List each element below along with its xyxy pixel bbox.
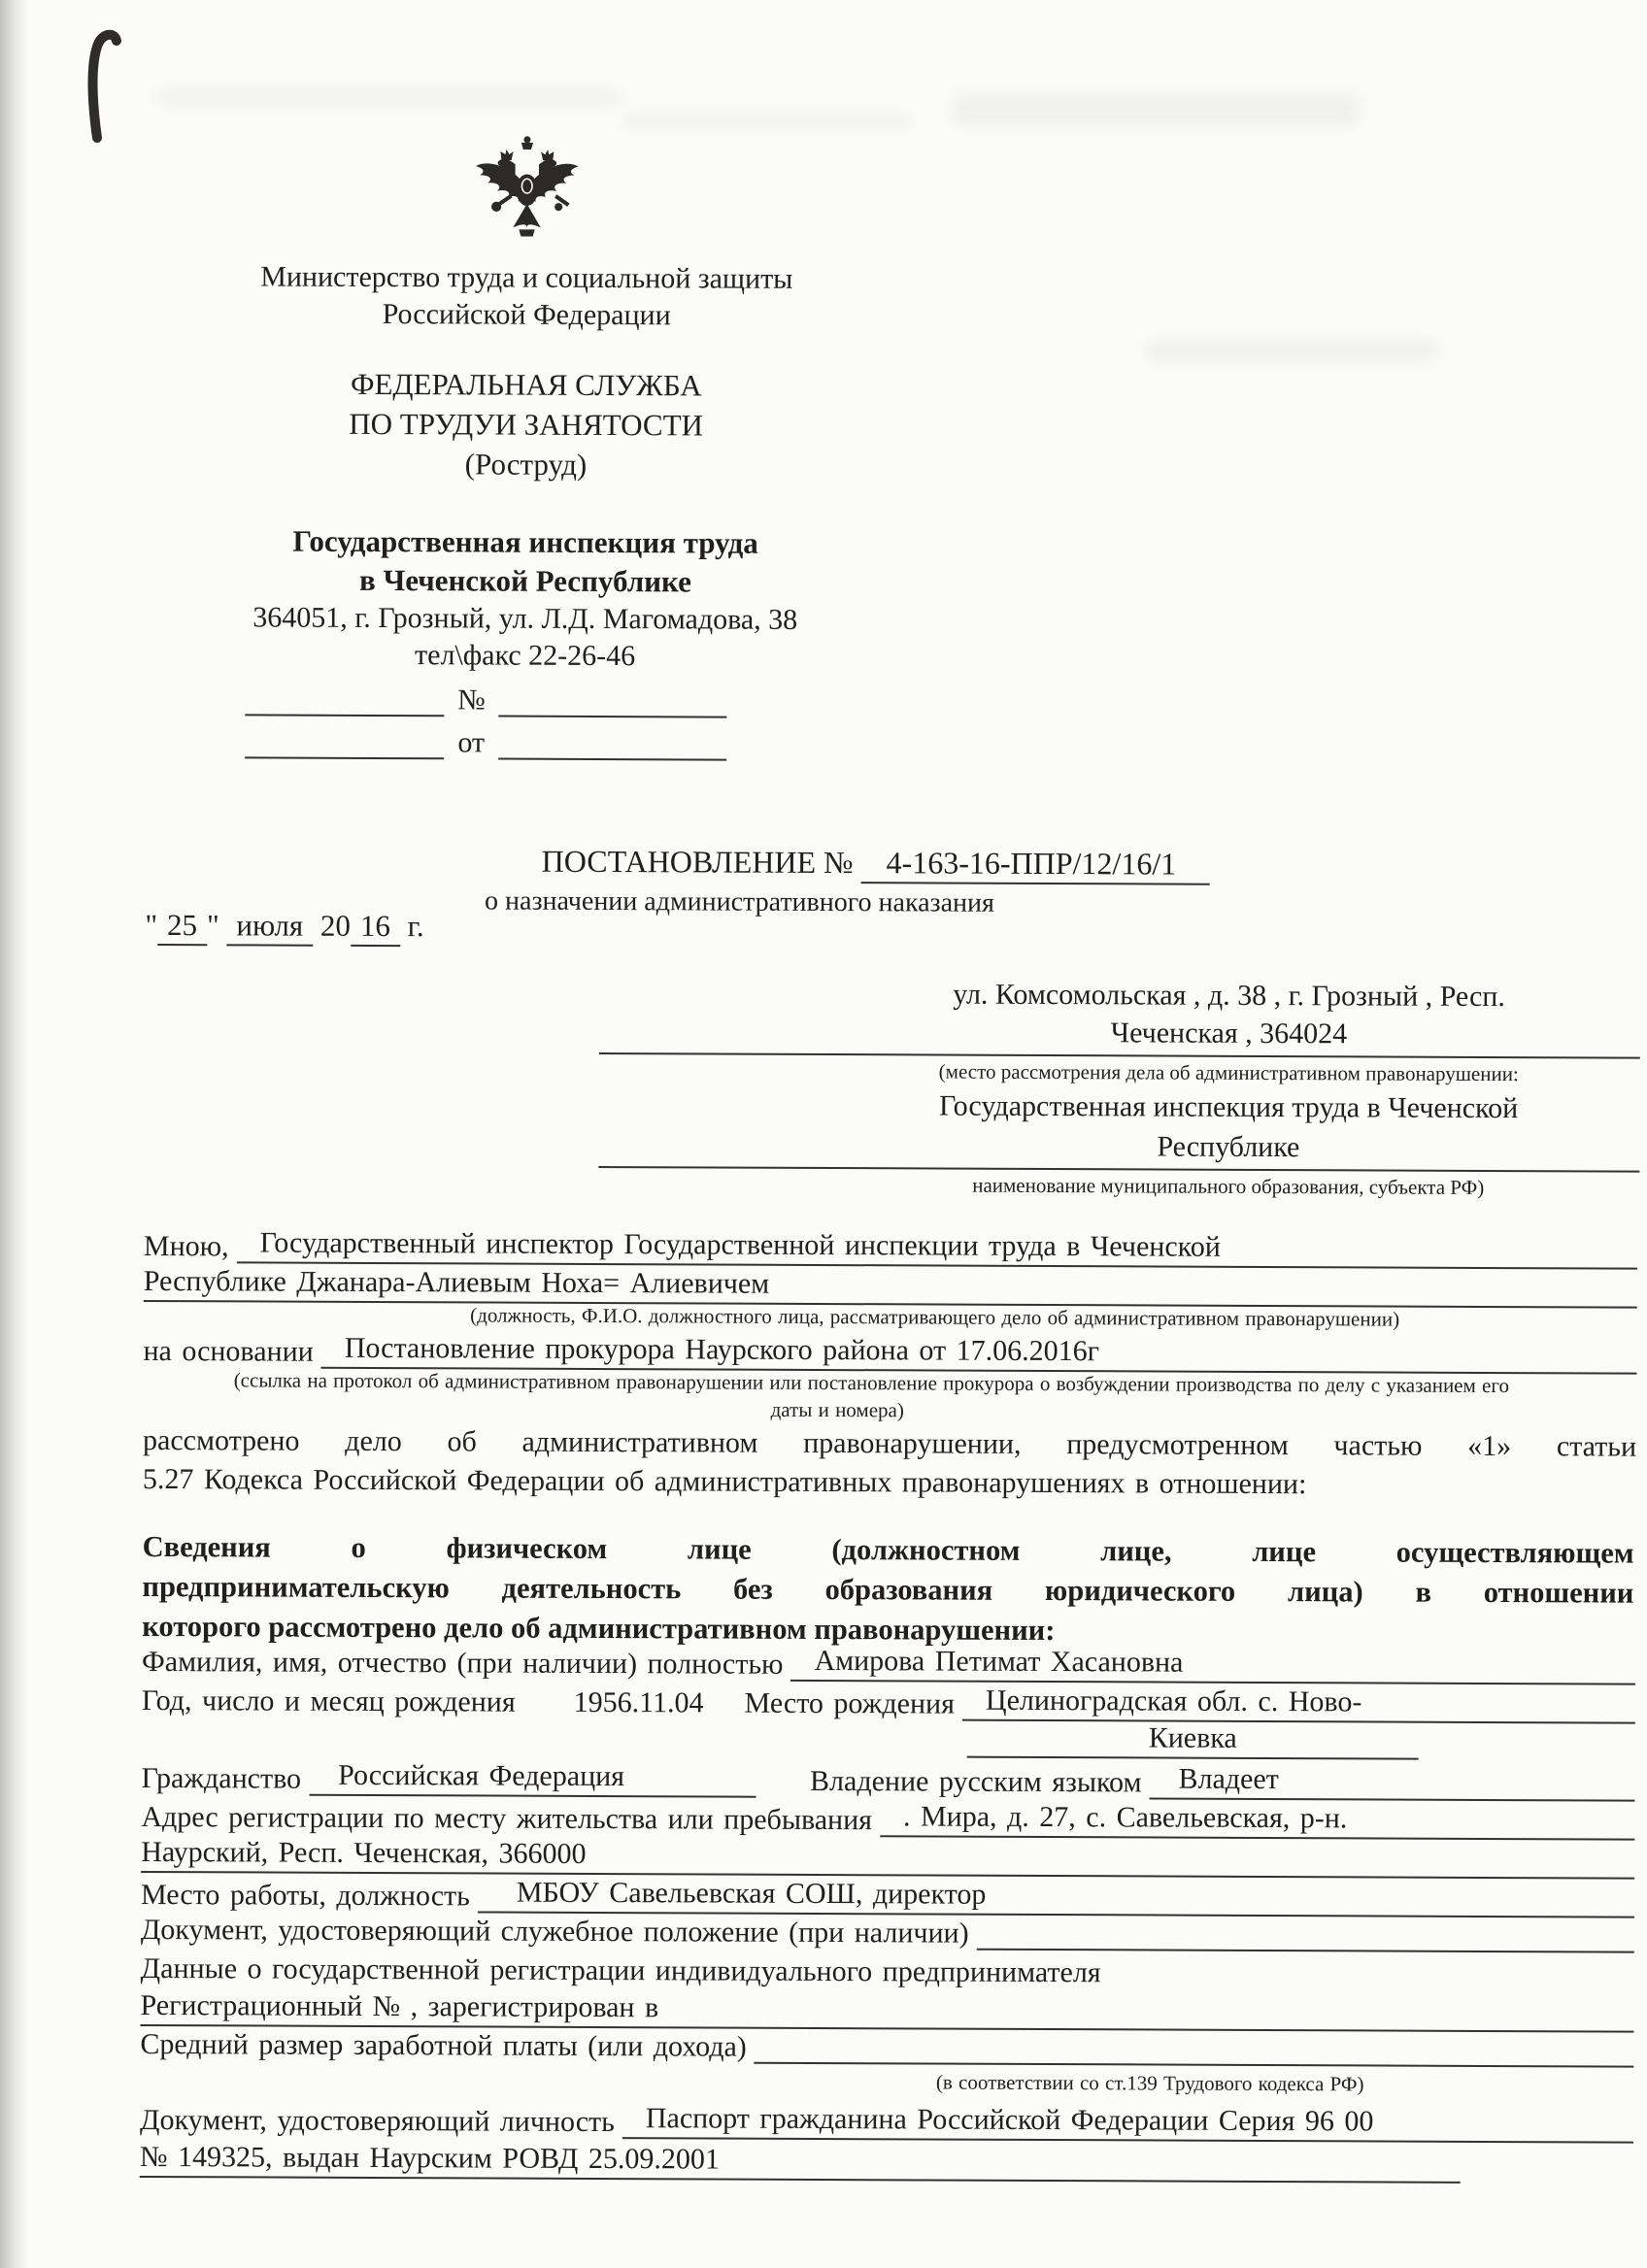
blank-line: [499, 683, 727, 718]
identity-document-value-line2: № 149325, выдан Наурским РОВД 25.09.2001: [140, 2141, 1461, 2184]
basis-value: Постановление прокурора Наурского района…: [321, 1332, 1637, 1375]
birthplace-value-line2: Киевка: [967, 1721, 1419, 1760]
registration-address-row: Адрес регистрации по месту жительства ил…: [141, 1797, 1634, 1841]
basis-label: на основании: [143, 1335, 313, 1369]
date-day: 25: [157, 908, 207, 946]
russian-coat-of-arms-icon: [138, 131, 916, 248]
place-caption: (место рассмотрения дела об администрати…: [599, 1057, 1640, 1088]
service-name-line3: (Роструд): [137, 443, 914, 485]
language-label: Владение русским языком: [810, 1765, 1142, 1799]
fio-row: Фамилия, имя, отчество (при наличии) пол…: [142, 1642, 1635, 1685]
registration-address-row2: Наурский, Респ. Чеченская, 366000: [141, 1836, 1634, 1880]
birth-date-value: 1956.11.04: [574, 1686, 704, 1720]
resolution-title: ПОСТАНОВЛЕНИЕ № 4-163-16-ППР/12/16/1: [542, 844, 1210, 883]
person-section-heading: Сведения о физическом лице (должностном …: [142, 1527, 1634, 1653]
considered-line2: 5.27 Кодекса Российской Федерации об адм…: [143, 1463, 1636, 1503]
resolution-title-label: ПОСТАНОВЛЕНИЕ №: [542, 844, 854, 880]
place-of-consideration-block: ул. Комсомольская , д. 38 , г. Грозный ,…: [598, 974, 1640, 1202]
identity-document-label: Документ, удостоверяющий личность: [140, 2104, 615, 2139]
inspector-name-line1: Государственный инспектор Государственно…: [237, 1226, 1637, 1269]
salary-caption: (в соответствии со ст.139 Трудового коде…: [897, 2070, 1402, 2096]
by-me-row: Мною, Государственный инспектор Государс…: [144, 1226, 1637, 1270]
workplace-label: Место работы, должность: [141, 1879, 470, 1913]
date-century: 20: [320, 909, 351, 943]
identity-document-row: Документ, удостоверяющий личность Паспор…: [140, 2100, 1633, 2144]
resolution-date: "25" июля 2016 г.: [145, 908, 423, 944]
registration-address-value-line2: Наурский, Респ. Чеченская, 366000: [141, 1836, 1634, 1880]
birth-row: Год, число и месяц рождения 1956.11.04 М…: [142, 1681, 1635, 1724]
ministry-name-line2: Российской Федерации: [138, 295, 915, 335]
position-document-row: Документ, удостоверяющий служебное полож…: [141, 1914, 1634, 1953]
fio-value: Амирова Петимат Хасановна: [790, 1645, 1635, 1685]
quote-mark: ": [145, 908, 157, 942]
workplace-value: МБОУ Савельевская СОШ, директор: [478, 1876, 1634, 1918]
resolution-subtitle: о назначении административного наказания: [438, 885, 1040, 919]
citizenship-label: Гражданство: [141, 1762, 301, 1796]
person-heading-line2: предпринимательскую деятельность без обр…: [142, 1567, 1633, 1614]
service-name-line2: ПО ТРУДУИ ЗАНЯТОСТИ: [138, 403, 915, 446]
citizenship-value: Российская Федерация: [309, 1759, 756, 1798]
date-suffix: г.: [408, 909, 424, 943]
place-address-line2: Чеченская , 364024: [599, 1012, 1640, 1054]
inspector-name-line2: Республике Джанара-Алиевым Ноха= Алиевич…: [144, 1265, 1637, 1309]
registration-number-row: Регистрационный № , зарегистрирован в: [140, 1989, 1633, 2033]
inspector-caption: (должность, Ф.И.О. должностного лица, ра…: [328, 1303, 1542, 1332]
basis-caption-line1: (ссылка на протокол об административном …: [143, 1368, 1599, 1399]
inspection-name-line2: в Чеченской Республике: [137, 560, 914, 602]
inspector-row2: Республике Джанара-Алиевым Ноха= Алиевич…: [144, 1265, 1637, 1309]
blank-line: [977, 1947, 1634, 1953]
document-content: Министерство труда и социальной защиты Р…: [0, 0, 1647, 2268]
place-address-line1: ул. Комсомольская , д. 38 , г. Грозный ,…: [599, 974, 1640, 1017]
basis-row: на основании Постановление прокурора Нау…: [143, 1331, 1636, 1375]
salary-label: Средний размер заработной платы (или дох…: [140, 2028, 747, 2064]
blank-line: [498, 725, 726, 761]
identity-document-row2: № 149325, выдан Наурским РОВД 25.09.2001: [140, 2141, 1633, 2185]
document-number-row: №: [97, 681, 874, 718]
citizenship-row: Гражданство Российская Федерация Владени…: [141, 1758, 1634, 1802]
ministry-name-line1: Министерство труда и социальной защиты: [138, 258, 915, 298]
salary-row: Средний размер заработной платы (или дох…: [140, 2028, 1633, 2068]
date-month: июля: [226, 908, 313, 946]
inspection-address: 364051, г. Грозный, ул. Л.Д. Магомадова,…: [137, 599, 914, 639]
fio-label: Фамилия, имя, отчество (при наличии) пол…: [142, 1646, 784, 1682]
date-year: 16: [351, 909, 400, 947]
registration-number-line: Регистрационный № , зарегистрирован в: [140, 1989, 1633, 2033]
inspection-phone: тел\факс 22-26-46: [137, 636, 914, 676]
blank-line: [245, 681, 444, 717]
identity-document-value-line1: Паспорт гражданина Российской Федерации …: [622, 2102, 1633, 2144]
blank-line: [245, 723, 444, 759]
blank-line: [755, 2060, 1634, 2068]
place-org-line2: Республике: [598, 1125, 1639, 1168]
birth-date-label: Год, число и месяц рождения: [142, 1684, 516, 1719]
municipality-caption: наименование муниципального образования,…: [598, 1171, 1639, 1202]
from-label: от: [457, 726, 485, 759]
birthplace-value-line1: Целиноградская обл. с. Ново-: [962, 1684, 1635, 1724]
by-me-label: Мною,: [144, 1230, 229, 1263]
position-document-label: Документ, удостоверяющий служебное полож…: [141, 1914, 969, 1951]
inspection-name-line1: Государственная инспекция труда: [137, 521, 914, 563]
registration-address-value-line1: . Мира, д. 27, с. Савельевская, р-н.: [880, 1800, 1635, 1840]
entrepreneur-registration-label: Данные о государственной регистрации инд…: [141, 1952, 1634, 1992]
resolution-number: 4-163-16-ППР/12/16/1: [861, 845, 1210, 885]
language-value: Владеет: [1149, 1762, 1634, 1801]
registration-address-label: Адрес регистрации по месту жительства ил…: [141, 1801, 872, 1837]
birthplace-label: Место рождения: [745, 1687, 955, 1721]
place-org-line1: Государственная инспекция труда в Чеченс…: [599, 1085, 1640, 1128]
basis-caption-line2: даты и номера): [143, 1395, 1531, 1425]
quote-mark: ": [207, 908, 219, 942]
document-date-row: от: [97, 723, 874, 761]
scanned-document-page: Министерство труда и социальной защиты Р…: [0, 0, 1647, 2268]
letterhead: Министерство труда и социальной защиты Р…: [136, 131, 916, 761]
number-sign-label: №: [457, 684, 486, 717]
person-heading-line1: Сведения о физическом лице (должностном …: [143, 1527, 1634, 1574]
service-name-line1: ФЕДЕРАЛЬНАЯ СЛУЖБА: [138, 363, 915, 406]
workplace-row: Место работы, должность МБОУ Савельевска…: [141, 1875, 1634, 1918]
considered-line1: рассмотрено дело об административном пра…: [143, 1424, 1636, 1464]
